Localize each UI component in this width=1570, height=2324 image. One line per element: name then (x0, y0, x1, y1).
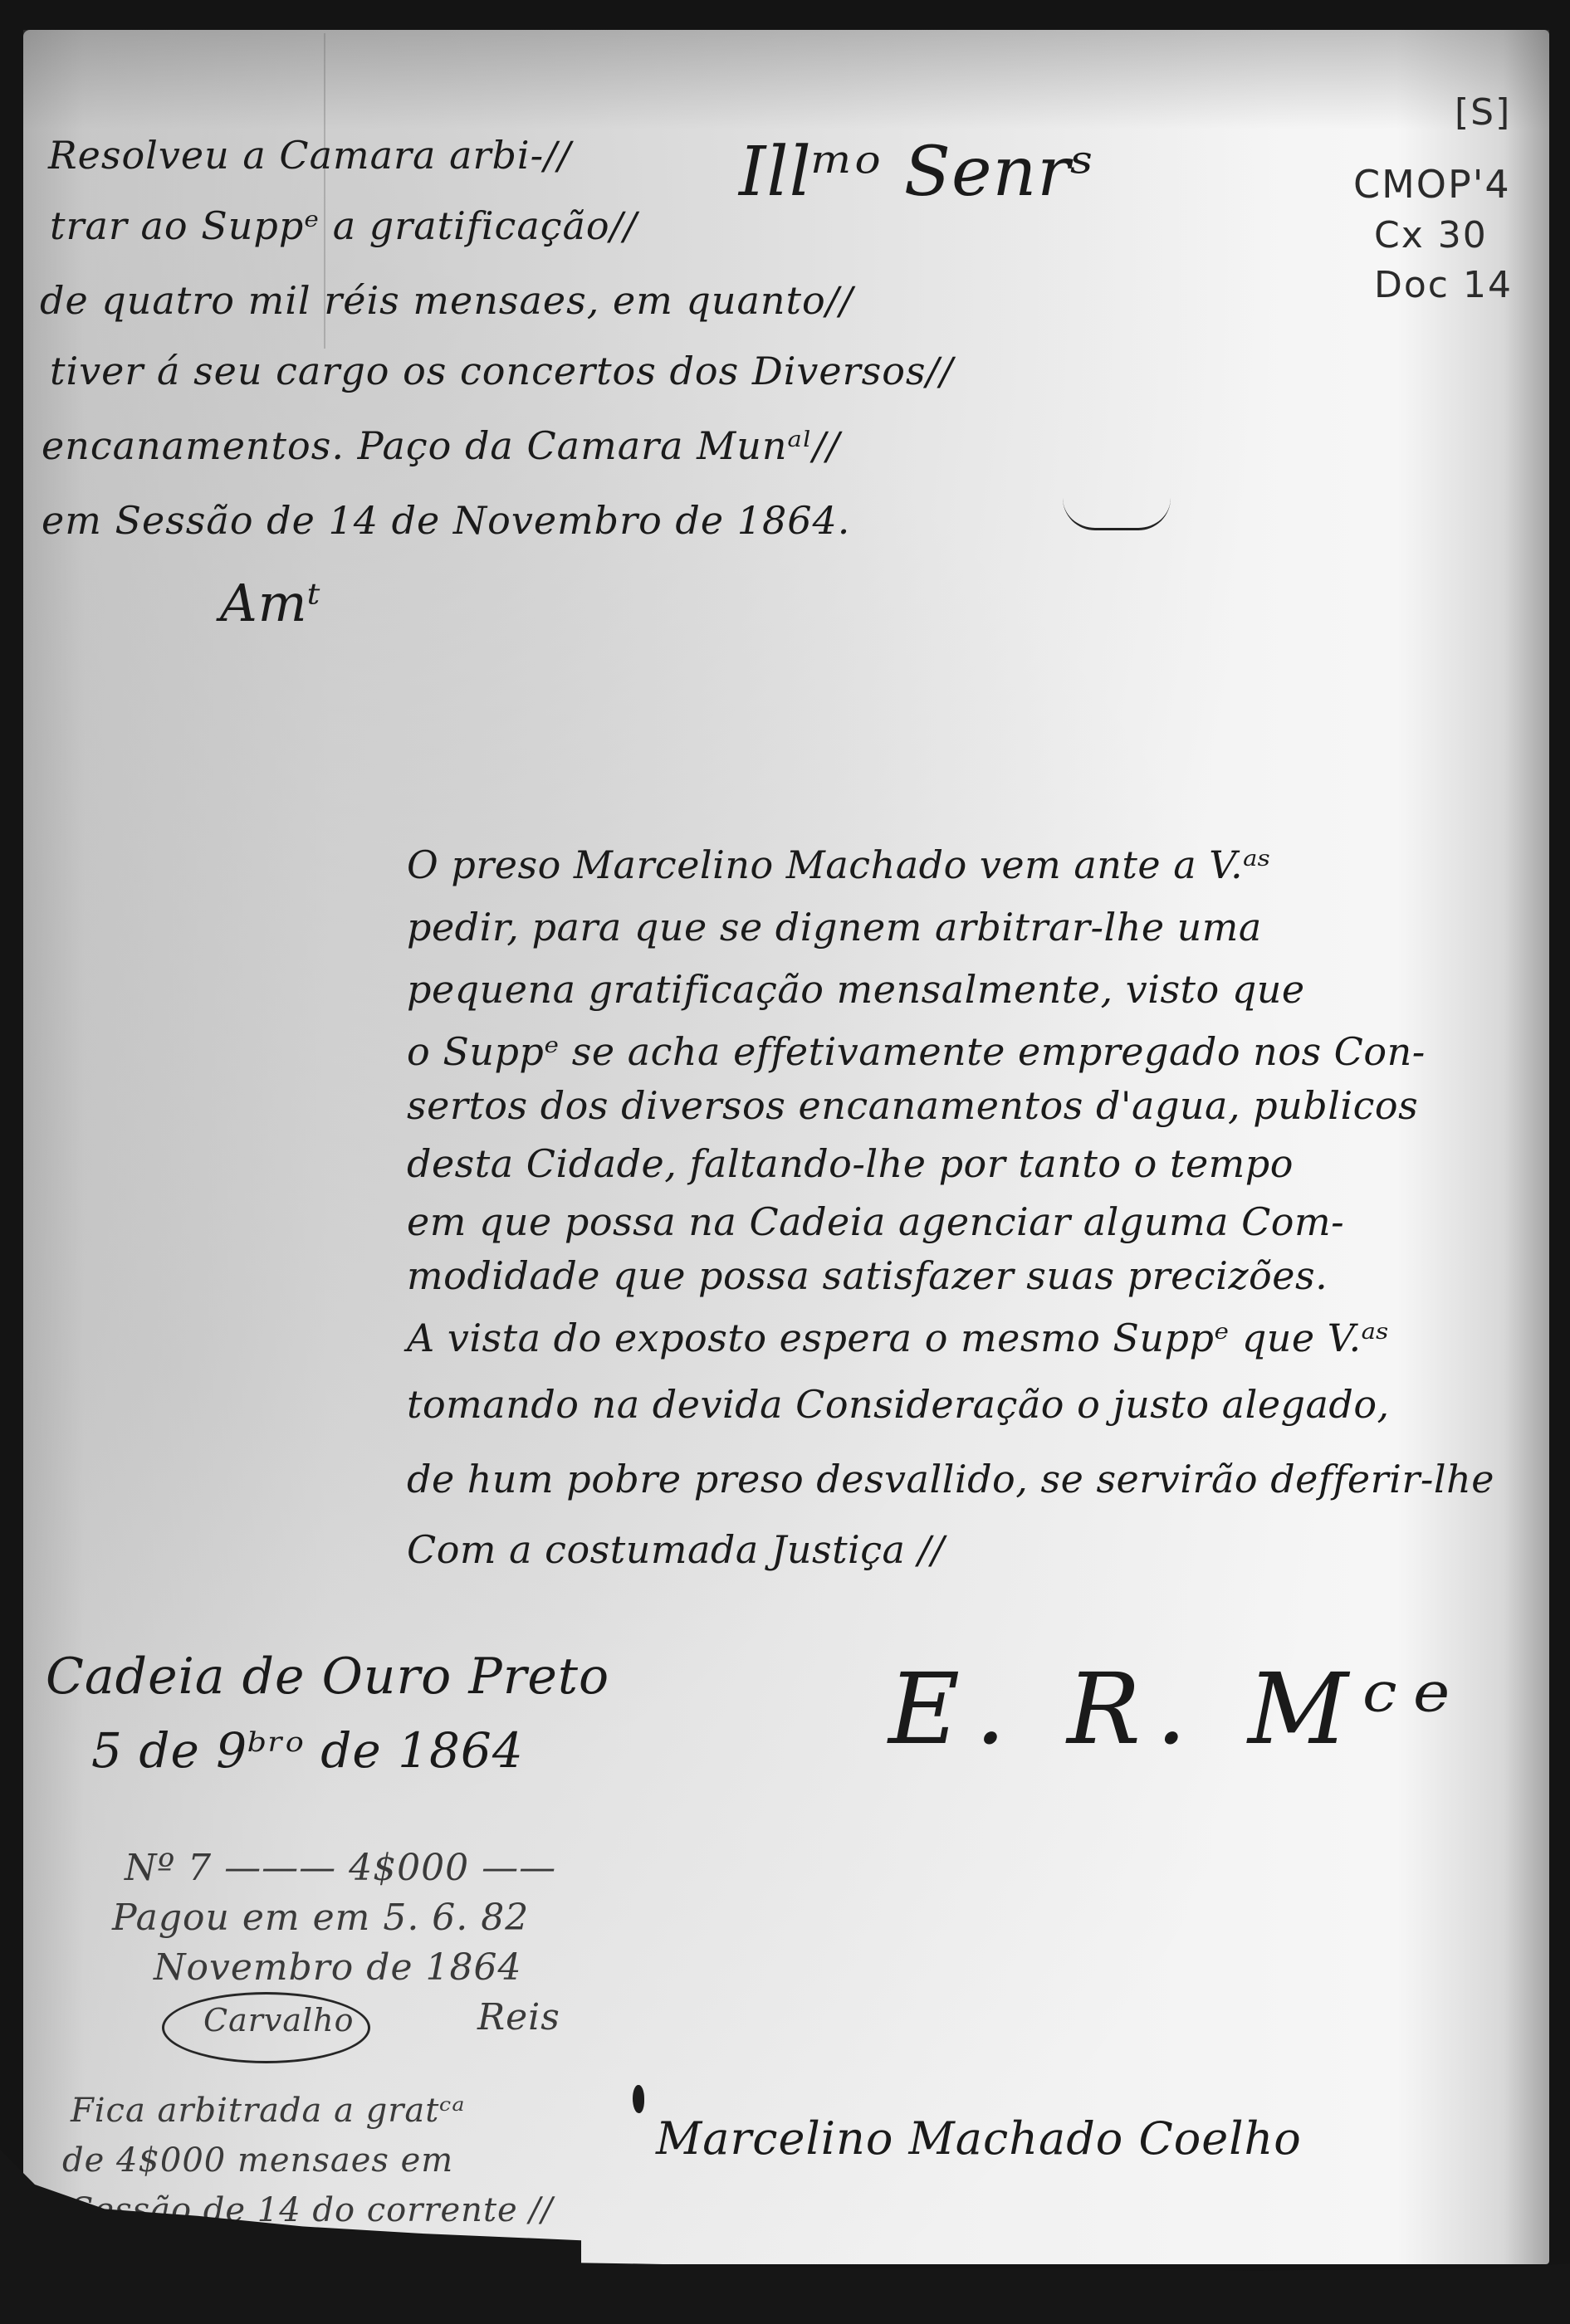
petition-line: pequena gratificação mensalmente, visto … (407, 967, 1305, 1012)
petition-line: sertos dos diversos encanamentos d'agua,… (407, 1083, 1418, 1128)
petition-line: de hum pobre preso desvallido, se servir… (407, 1457, 1494, 1501)
petition-line: O preso Marcelino Machado vem ante a V.ᵃ… (407, 842, 1271, 887)
bottom-note-line: de 4$000 mensaes em (62, 2141, 453, 2180)
petition-line: modidade que possa satisfazer suas preci… (407, 1253, 1328, 1298)
document-scan: [S] CMOP'4 Cx 30 Doc 14 Resolveu a Camar… (0, 0, 1570, 2324)
petition-line: A vista do exposto espera o mesmo Suppᵉ … (407, 1316, 1389, 1360)
line-end-flourish (1063, 498, 1171, 530)
ink-blot (633, 2085, 644, 2113)
payment-rubric: Reis (477, 1996, 560, 2038)
payment-date-line: Novembro de 1864 (154, 1946, 521, 1989)
archive-box: Cx 30 (1374, 214, 1488, 256)
despacho-line: encanamentos. Paço da Camara Munᵃˡ// (42, 423, 840, 468)
bottom-note-line: Fica arbitrada a gratᶜᵃ (71, 2092, 465, 2130)
despacho-line: trar ao Suppᵉ a gratificação// (50, 203, 638, 248)
petition-line: em que possa na Cadeia agenciar alguma C… (407, 1199, 1344, 1244)
payment-stamp-name: Carvalho (203, 2002, 355, 2038)
archive-bracket-mark: [S] (1455, 91, 1511, 134)
date-line: 5 de 9ᵇʳᵒ de 1864 (91, 1722, 524, 1779)
petition-line: o Suppᵉ se acha effetivamente empregado … (407, 1029, 1426, 1074)
despacho-line: de quatro mil réis mensaes, em quanto// (40, 278, 853, 323)
archive-fund: CMOP'4 (1353, 162, 1511, 207)
erm-signature: E. R. Mᶜᵉ (888, 1652, 1465, 1766)
petition-line: desta Cidade, faltando-lhe por tanto o t… (407, 1141, 1294, 1186)
petition-line: tomando na devida Consideração o justo a… (407, 1382, 1390, 1427)
salutation: Illᵐᵒ Senrˢ (739, 133, 1094, 212)
payment-paid-line: Pagou em em 5. 6. 82 (112, 1897, 529, 1939)
place-line: Cadeia de Ouro Preto (46, 1648, 609, 1706)
petition-line: pedir, para que se dignem arbitrar-lhe u… (407, 905, 1262, 950)
petitioner-signature: Marcelino Machado Coelho (656, 2112, 1302, 2165)
despacho-line: em Sessão de 14 de Novembro de 1864. (42, 498, 850, 543)
despacho-line: Resolveu a Camara arbi-// (48, 133, 571, 178)
archive-doc-number: Doc 14 (1374, 264, 1513, 306)
petition-line: Com a costumada Justiça // (407, 1527, 945, 1572)
payment-number-line: Nº 7 ——— 4$000 —— (125, 1847, 556, 1889)
despacho-line: tiver á seu cargo os concertos dos Diver… (50, 349, 954, 393)
despacho-rubric: Amᵗ (220, 573, 321, 633)
